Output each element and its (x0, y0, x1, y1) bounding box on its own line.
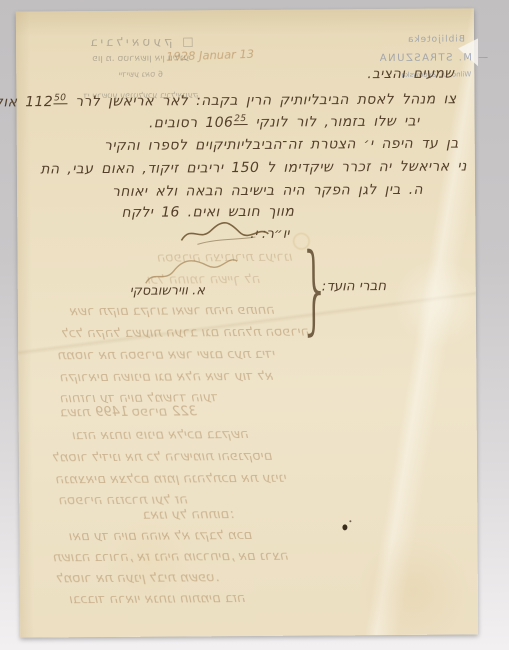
bleedthrough-line: למסור את הענין לבית משפט. (57, 570, 304, 587)
letterhead-latin-line2: — M. STRASZUNA (384, 52, 488, 64)
bleedthrough-line: ובכבוד הראוי אנחנו חותמים בזה (70, 590, 458, 608)
letterhead-latin-line1: Biblijoteka (384, 34, 488, 45)
body-line-2-superscript: 25 (233, 114, 247, 125)
body-line-6-number: 16 (161, 204, 180, 220)
body-line-1-text: צו מנהל לאסת הביבליותיק הרין בקבה: לאר א… (75, 91, 456, 110)
body-line-2-tail: רסובים. (149, 115, 198, 131)
letterhead-hebrew-line1: ביבליאטעק □ (58, 34, 223, 49)
body-line-1: צו מנהל לאסת הביבליותיק הרין בקבה: לאר א… (0, 87, 457, 112)
body-line-2-number: 106 (205, 115, 233, 131)
letterhead-hebrew-block: ביבליאטעק □ פון מ. סטראשון אין ווילנע יי… (16, 8, 474, 11)
bleedthrough-line: ובזה אנחנו פונים אליכם בבקשה (73, 426, 455, 444)
letter-page: ביבליאטעק □ פון מ. סטראשון אין ווילנע יי… (16, 8, 478, 637)
body-line-6-tail: ילקח (121, 205, 153, 221)
faded-date: 1928 Januar 13 (166, 47, 254, 64)
body-line-6-text: מווך חובש ואים. (188, 204, 295, 221)
bleedthrough-line: באנו על החתום: (143, 506, 341, 522)
bleedthrough-line: למסור לידינו את כל הרשימות והפנקסים (53, 447, 463, 465)
letterhead-latin-block: Biblijoteka — M. STRASZUNA Wilno, ul. Zy… (16, 8, 474, 11)
body-line-3: בן עד היפה י׳ הצטרת זה־הביבליותיקוים לספ… (104, 135, 459, 155)
body-line-5: ה. בין לגן הפקר היה בישיבה הבאה ולא יאוח… (112, 181, 423, 201)
bleedthrough-line: הספריה הציבורית בעירנו (157, 249, 447, 266)
ink-speck (349, 520, 351, 522)
bleedthrough-line: וכל החומר השייך לה (148, 271, 448, 288)
body-line-4: ני אריאשל יה זכרר שיקדימו ל 150 יריבים ז… (40, 157, 467, 178)
bleedthrough-line: לכל הקהל בשעות הערב וגם הנהלת הספריה (62, 323, 464, 341)
body-line-1-number: 112 (25, 94, 53, 110)
ink-blot (342, 524, 347, 530)
bleedthrough-line: תשובה ברורה, אז נהיה מוכרחים, אם נרצה (54, 548, 458, 566)
scan-background: ביבליאטעק □ פון מ. סטראשון אין ווילנע יי… (0, 0, 509, 650)
body-line-1-tail: אוליטים (0, 94, 17, 110)
body-line-4-tail: יריבים זיקוד, האום עבי, הת (40, 160, 223, 177)
greeting-line: שמעים והציב. (367, 65, 454, 84)
chairman-signature (177, 220, 272, 247)
body-line-2-text: יבי שלו בזמור, לור לונקי (255, 113, 419, 130)
body-line-1-superscript: 50 (53, 93, 67, 104)
body-line-4-number: 150 (231, 160, 259, 176)
body-line-4-text: ני אריאשל יה זכרר שיקדימו ל (267, 158, 467, 175)
body-line-2: יבי שלו בזמור, לור לונקי 10625 רסובים. (149, 109, 420, 133)
bleedthrough-line: הקוראים השונים וגם אלה אשר עוד לא (60, 368, 458, 386)
bleedthrough-line: אשר תקום בקרוב ואשר תהיה פתוחה (70, 302, 460, 320)
letterhead-hebrew-line3: יידישע גאס 6 (58, 69, 223, 79)
bleedthrough-line: הנמצאים אצלכם מזמן הנהלתכם את עניני (56, 470, 454, 488)
bleedthrough-line: ואם עד היום ההוא לא נקבל מכם (69, 527, 451, 545)
bleedthrough-line: תמסור את הספרים אשר ישנם כעת בידי (58, 345, 462, 363)
bleedthrough-line: בשנת 1499 ספרים 322 (61, 404, 317, 421)
